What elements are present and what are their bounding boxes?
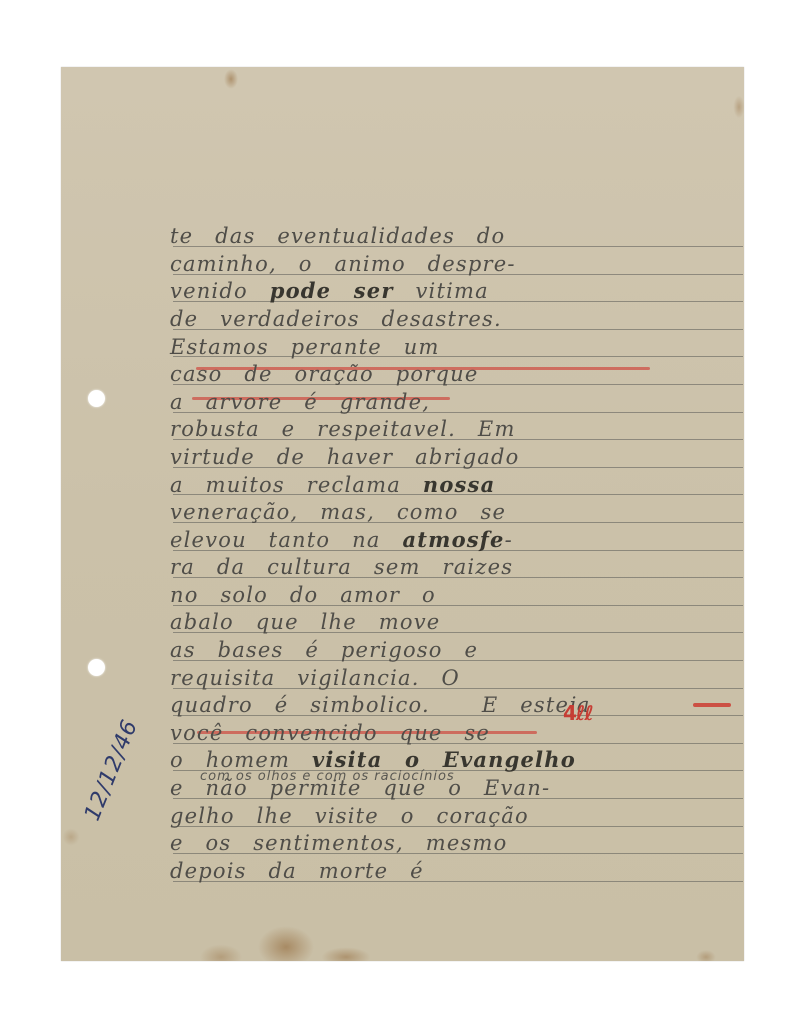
text-line-15: abalo que lhe move: [170, 608, 745, 636]
text-line-2: caminho, o animo despre-: [170, 250, 745, 278]
text-line-3: venido pode ser vitima: [170, 277, 745, 305]
text-line-12: elevou tanto na atmosfe-: [170, 526, 745, 554]
text-line-7: a arvore é grande,: [170, 388, 745, 416]
bold-word-pode-ser: pode ser: [270, 278, 394, 303]
interlinear-insertion: com os olhos e com os raciocínios: [200, 769, 455, 784]
punch-hole-top: [88, 390, 105, 407]
text-line-5: Estamos perante um: [170, 333, 745, 361]
text-line-22: gelho lhe visite o coração: [170, 802, 745, 830]
bold-word-atmosfe: atmosfe: [402, 527, 504, 552]
text-line-10: a muitos reclama nossa: [170, 471, 745, 499]
text-line-18: quadro é simbolico.E esteja: [170, 691, 745, 719]
text-line-4: de verdadeiros desastres.: [170, 305, 745, 333]
text-line-24: depois da morte é: [170, 857, 745, 885]
text-line-16: as bases é perigoso e: [170, 636, 745, 664]
text-line-8: robusta e respeitavel. Em: [170, 415, 745, 443]
text-line-23: e os sentimentos, mesmo: [170, 829, 745, 857]
text-line-9: virtude de haver abrigado: [170, 443, 745, 471]
text-line-14: no solo do amor o: [170, 581, 745, 609]
text-line-6: caso de oração porque: [170, 360, 745, 388]
bold-word-nossa: nossa: [423, 472, 496, 497]
text-line-11: veneração, mas, como se: [170, 498, 745, 526]
text-line-17: requisita vigilancia. O: [170, 664, 745, 692]
text-line-19: você convencido que se: [170, 719, 745, 747]
text-line-13: ra da cultura sem raizes: [170, 553, 745, 581]
punch-hole-bottom: [88, 659, 105, 676]
red-pencil-mark: 4ℓℓ: [563, 701, 593, 725]
text-line-1: te das eventualidades do: [170, 222, 745, 250]
